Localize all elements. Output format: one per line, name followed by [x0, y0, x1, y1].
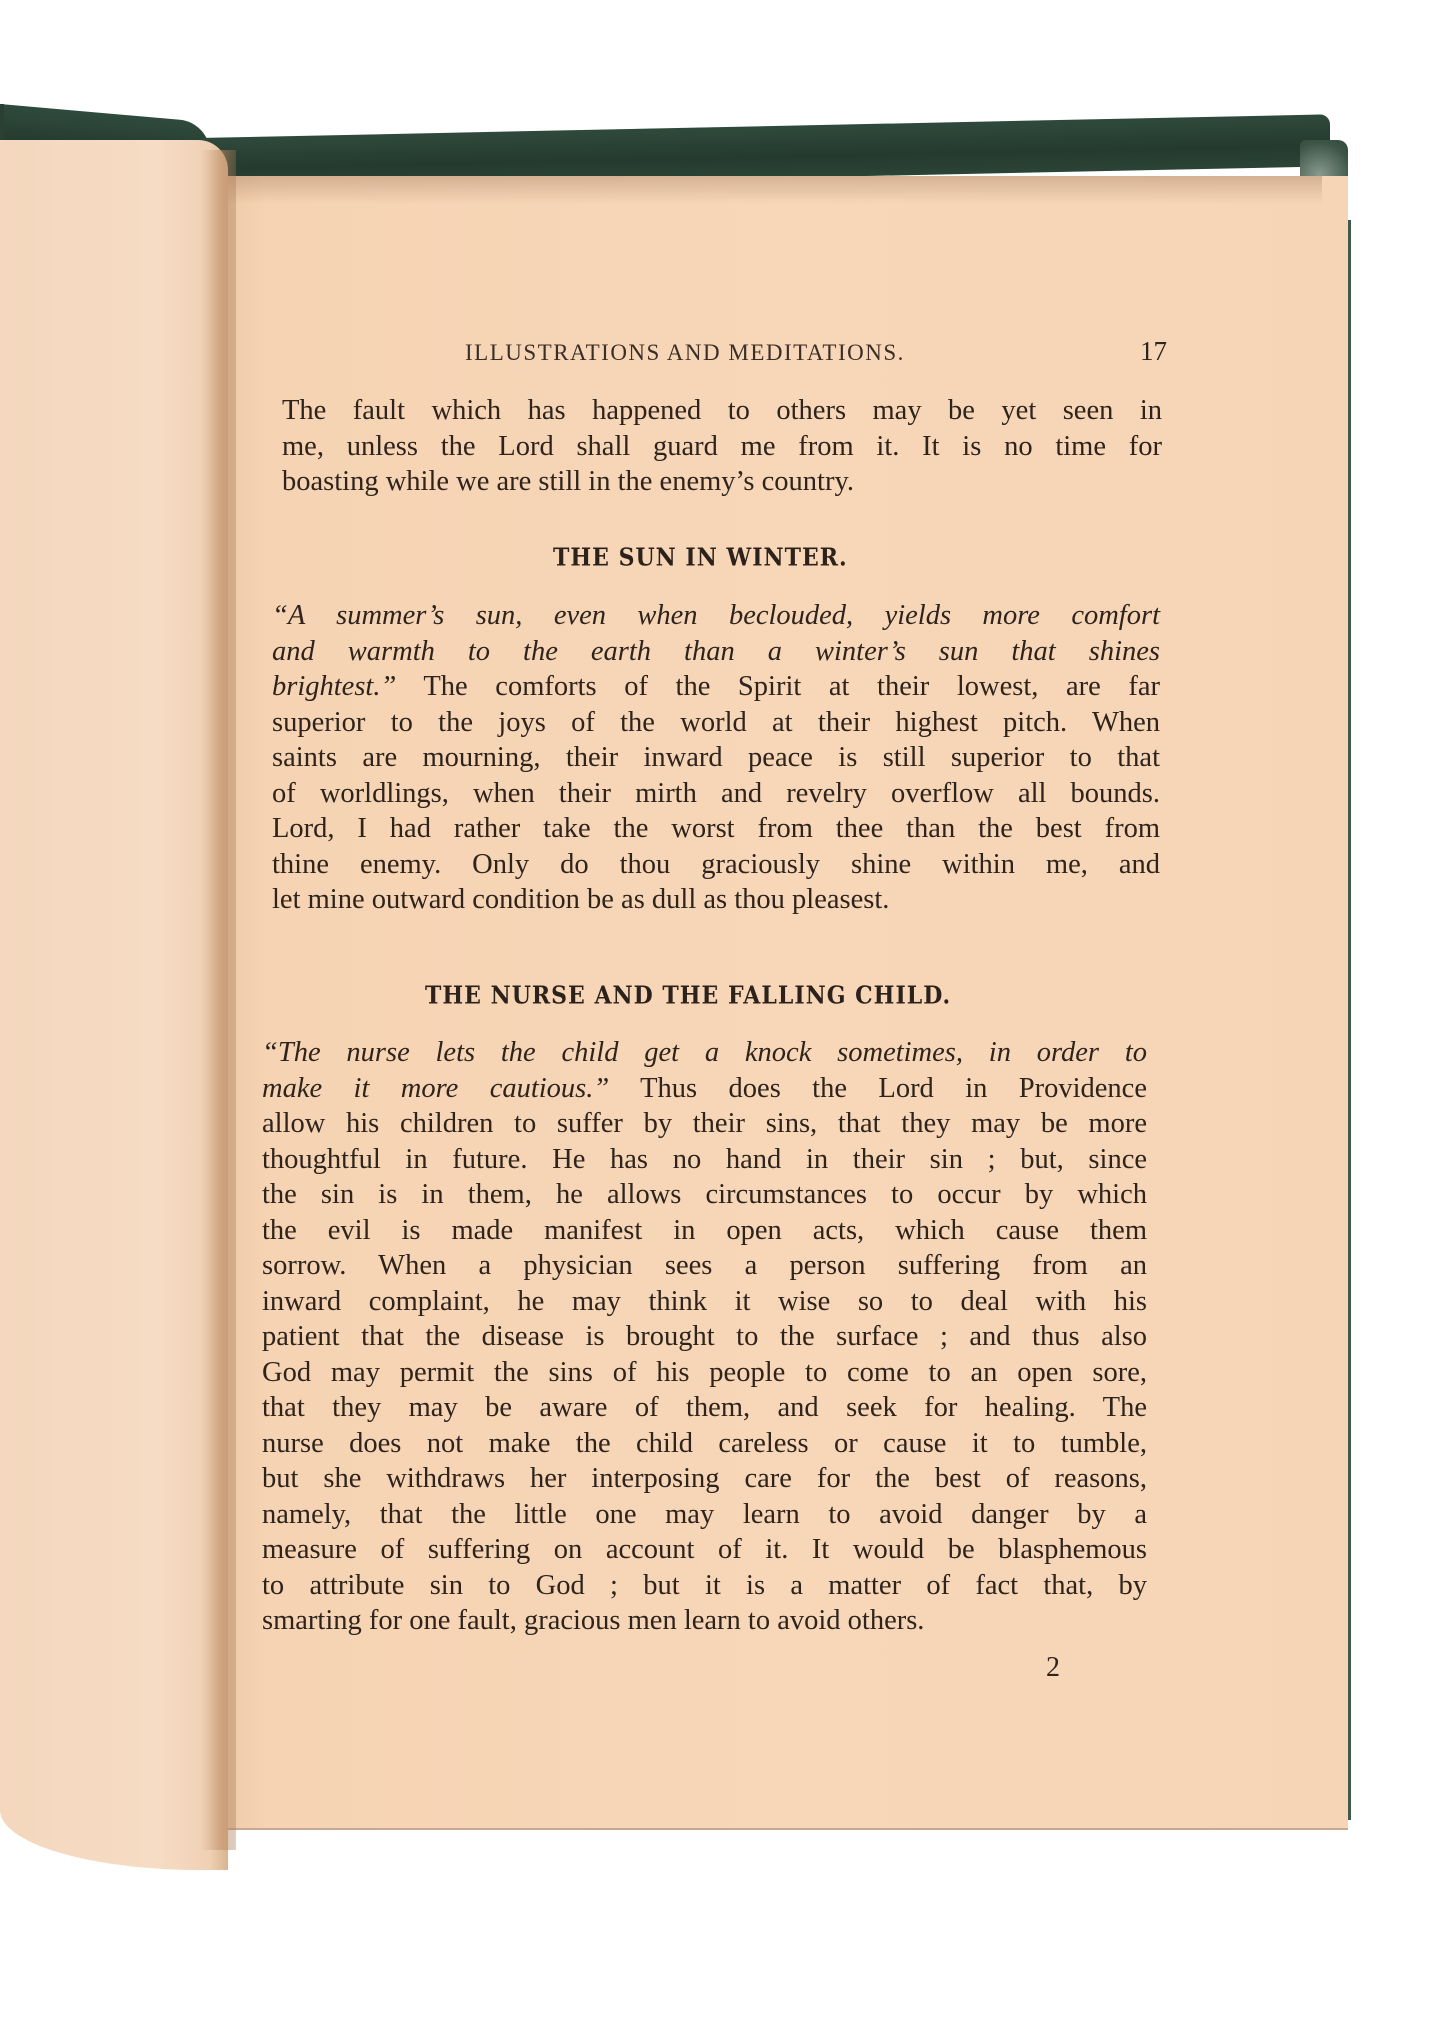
text-line: sorrow. When a physician sees a person s…	[262, 1248, 1147, 1284]
body-roman: God may permit the sins of his people to…	[262, 1357, 1147, 1388]
running-head: ILLUSTRATIONS AND MEDITATIONS.	[465, 340, 905, 366]
body-roman: let mine outward condition be as dull as…	[272, 884, 889, 915]
text-line: and warmth to the earth than a winter’s …	[272, 634, 1160, 670]
page-top-shadow	[222, 176, 1322, 204]
text-line: “A summer’s sun, even when beclouded, yi…	[272, 598, 1160, 634]
body-roman: thoughtful in future. He has no hand in …	[262, 1144, 1147, 1175]
text-line: superior to the joys of the world at the…	[272, 705, 1160, 741]
quote-italic: “A summer’s sun, even when beclouded, yi…	[272, 600, 1160, 631]
body-roman: sorrow. When a physician sees a person s…	[262, 1250, 1147, 1281]
body-roman: allow his children to suffer by their si…	[262, 1108, 1147, 1139]
body-roman: but she withdraws her interposing care f…	[262, 1463, 1147, 1494]
section-body-nurse-and-falling-child: “The nurse lets the child get a knock so…	[262, 1035, 1147, 1639]
body-roman: saints are mourning, their inward peace …	[272, 742, 1160, 773]
text-line: thine enemy. Only do thou graciously shi…	[272, 847, 1160, 883]
text-line: nurse does not make the child careless o…	[262, 1426, 1147, 1462]
body-roman: Thus does the Lord in Providence	[609, 1073, 1147, 1104]
opening-paragraph: The fault which has happened to others m…	[282, 393, 1162, 500]
body-roman: smarting for one fault, gracious men lea…	[262, 1605, 924, 1636]
left-page: RATIONS AND MEDITATIONS. They honour him…	[0, 140, 228, 1870]
text-line: namely, that the little one may learn to…	[262, 1497, 1147, 1533]
body-roman: namely, that the little one may learn to…	[262, 1499, 1147, 1530]
text-line: inward complaint, he may think it wise s…	[262, 1284, 1147, 1320]
body-roman: measure of suffering on account of it. I…	[262, 1534, 1147, 1565]
text-line: measure of suffering on account of it. I…	[262, 1532, 1147, 1568]
body-roman: nurse does not make the child careless o…	[262, 1428, 1147, 1459]
text-line: “The nurse lets the child get a knock so…	[262, 1035, 1147, 1071]
section-heading-sun-in-winter: THE SUN IN WINTER.	[553, 544, 848, 573]
text-line: brightest.” The comforts of the Spirit a…	[272, 669, 1160, 705]
text-line: but she withdraws her interposing care f…	[262, 1461, 1147, 1497]
quote-italic: “The nurse lets the child get a knock so…	[262, 1037, 1147, 1068]
text-line: Lord, I had rather take the worst from t…	[272, 811, 1160, 847]
text-line: The fault which has happened to others m…	[282, 393, 1162, 429]
text-line: boasting while we are still in the enemy…	[282, 464, 1162, 500]
section-body-sun-in-winter: “A summer’s sun, even when beclouded, yi…	[272, 598, 1160, 918]
body-roman: the evil is made manifest in open acts, …	[262, 1215, 1147, 1246]
section-heading-nurse-and-falling-child: THE NURSE AND THE FALLING CHILD.	[425, 982, 951, 1011]
text-line: to attribute sin to God ; but it is a ma…	[262, 1568, 1147, 1604]
book-cover-left-sliver	[0, 104, 4, 144]
text-line: saints are mourning, their inward peace …	[272, 740, 1160, 776]
text-line: let mine outward condition be as dull as…	[272, 882, 1160, 918]
text-line: thoughtful in future. He has no hand in …	[262, 1142, 1147, 1178]
quote-italic: brightest.”	[272, 671, 396, 702]
quote-italic: and warmth to the earth than a winter’s …	[272, 636, 1160, 667]
text-line: me, unless the Lord shall guard me from …	[282, 429, 1162, 465]
gutter-shadow	[200, 150, 236, 1850]
text-line: the evil is made manifest in open acts, …	[262, 1213, 1147, 1249]
body-roman: that they may be aware of them, and seek…	[262, 1392, 1147, 1423]
page-number: 17	[1140, 336, 1167, 367]
body-roman: inward complaint, he may think it wise s…	[262, 1286, 1147, 1317]
text-line: patient that the disease is brought to t…	[262, 1319, 1147, 1355]
body-roman: The comforts of the Spirit at their lowe…	[396, 671, 1160, 702]
signature-mark: 2	[1046, 1652, 1060, 1684]
body-roman: Lord, I had rather take the worst from t…	[272, 813, 1160, 844]
text-line: the sin is in them, he allows circumstan…	[262, 1177, 1147, 1213]
body-roman: to attribute sin to God ; but it is a ma…	[262, 1570, 1147, 1601]
text-line: allow his children to suffer by their si…	[262, 1106, 1147, 1142]
text-line: that they may be aware of them, and seek…	[262, 1390, 1147, 1426]
body-roman: patient that the disease is brought to t…	[262, 1321, 1147, 1352]
quote-italic: make it more cautious.”	[262, 1073, 609, 1104]
text-line: smarting for one fault, gracious men lea…	[262, 1603, 1147, 1639]
text-line: make it more cautious.” Thus does the Lo…	[262, 1071, 1147, 1107]
body-roman: superior to the joys of the world at the…	[272, 707, 1160, 738]
body-roman: the sin is in them, he allows circumstan…	[262, 1179, 1147, 1210]
body-roman: of worldlings, when their mirth and reve…	[272, 778, 1160, 809]
text-line: of worldlings, when their mirth and reve…	[272, 776, 1160, 812]
body-roman: thine enemy. Only do thou graciously shi…	[272, 849, 1160, 880]
text-line: God may permit the sins of his people to…	[262, 1355, 1147, 1391]
